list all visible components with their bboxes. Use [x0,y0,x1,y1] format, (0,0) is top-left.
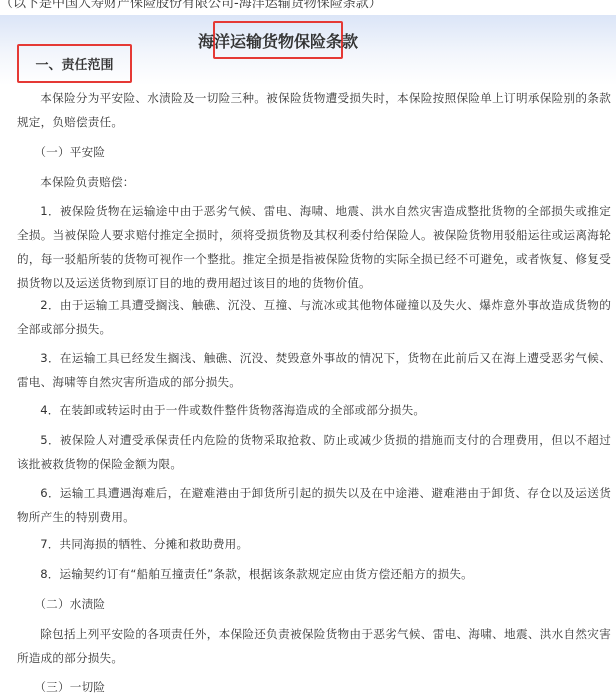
clause-item-6: 6．运输工具遭遇海难后，在避难港由于卸货所引起的损失以及在中途港、避难港由于卸货… [17,481,611,529]
clause-item-5: 5．被保险人对遭受承保责任内危险的货物采取抢救、防止或减少货损的措施而支付的合理… [17,428,611,476]
subsection-title-shuizi: （二）水渍险 [17,592,611,616]
document-title-box: 海洋运输货物保险条款 [213,21,343,59]
subsection-title-yiqie: （三）一切险 [17,675,611,697]
clause-item-2: 2．由于运输工具遭受搁浅、触礁、沉没、互撞、与流冰或其他物体碰撞以及失火、爆炸意… [17,293,611,341]
clause-item-1: 1．被保险货物在运输途中由于恶劣气候、雷电、海啸、地震、洪水自然灾害造成整批货物… [17,199,611,295]
intro-paragraph: 本保险分为平安险、水渍险及一切险三种。被保险货物遭受损失时，本保险按照保险单上订… [17,86,611,134]
document-title: 海洋运输货物保险条款 [198,29,358,52]
clause-item-7: 7．共同海损的牺牲、分摊和救助费用。 [17,532,611,556]
subsection-title-pingan: （一）平安险 [17,140,611,164]
section-title-box: 一、责任范围 [17,44,132,83]
section-title: 一、责任范围 [35,54,113,73]
clause-item-8: 8．运输契约订有“船舶互撞责任”条款，根据该条款规定应由货方偿还船方的损失。 [17,562,611,586]
responsibility-heading: 本保险负责赔偿： [17,170,611,194]
clause-item-3: 3．在运输工具已经发生搁浅、触礁、沉没、焚毁意外事故的情况下，货物在此前后又在海… [17,346,611,394]
clause-item-4: 4．在装卸或转运时由于一件或数件整件货物落海造成的全部或部分损失。 [17,398,611,422]
intro-note: （以下是中国人寿财产保险股份有限公司-海洋运输货物保险条款） [0,0,382,14]
water-damage-paragraph: 除包括上列平安险的各项责任外，本保险还负责被保险货物由于恶劣气候、雷电、海啸、地… [17,622,611,670]
